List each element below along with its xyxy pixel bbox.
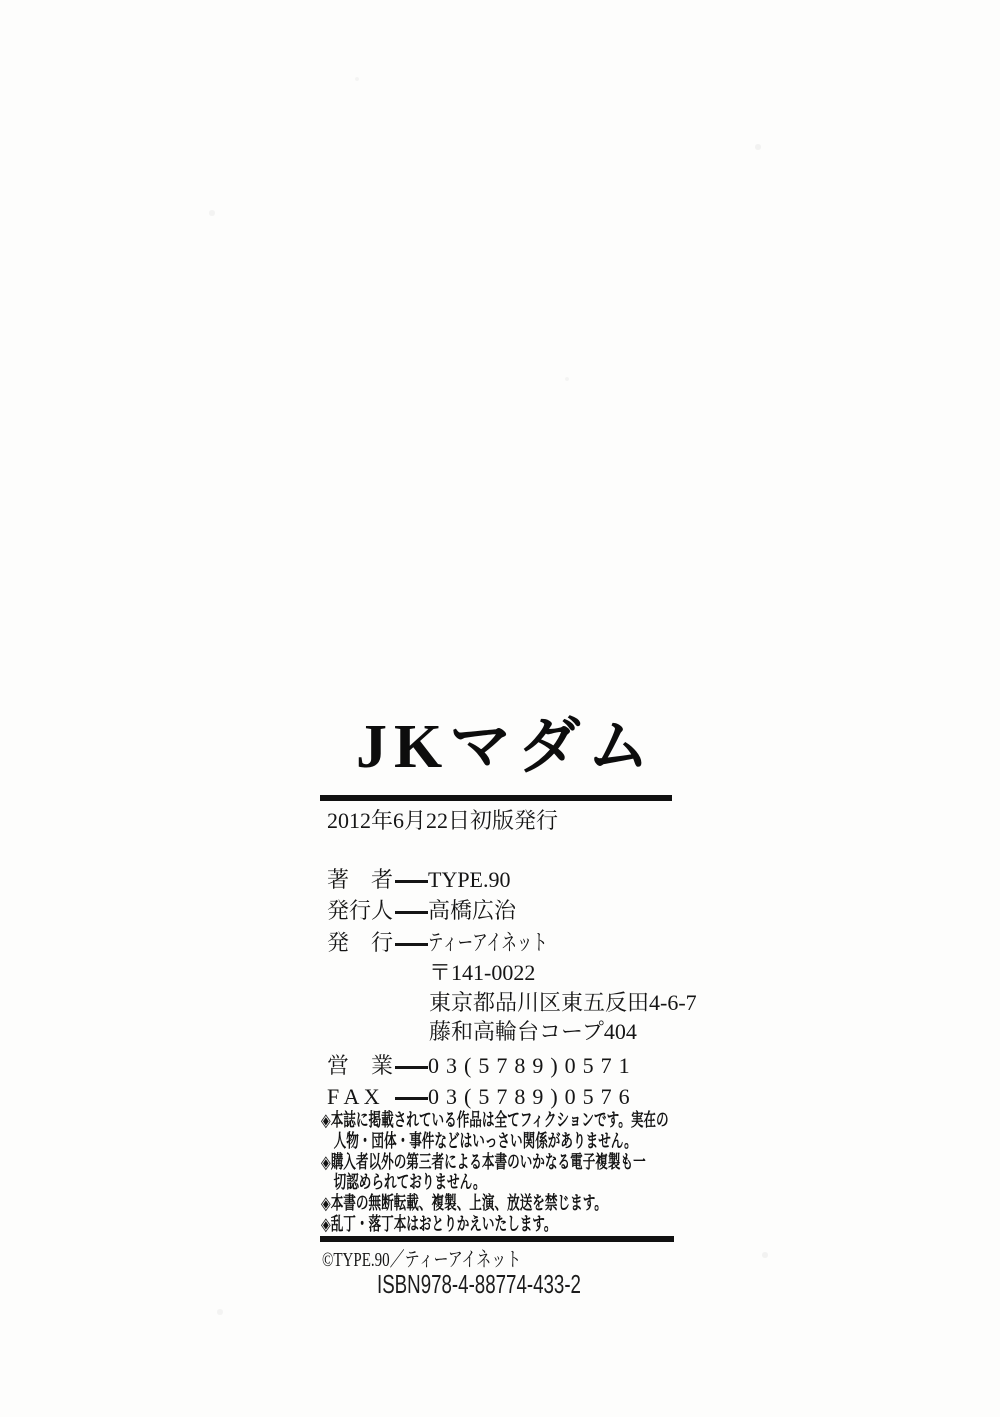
credit-row-author: 著 者 TYPE.90 xyxy=(327,868,511,892)
address-postal-code: 〒141-0022 xyxy=(429,961,535,985)
leader-line xyxy=(395,880,428,883)
credit-value: ティーアイネット xyxy=(428,931,548,955)
contact-label: F A X xyxy=(327,1085,395,1109)
address-building: 藤和高輪台コープ404 xyxy=(429,1020,637,1044)
contact-value: 03(5789)0576 xyxy=(428,1085,637,1109)
isbn-number: ISBN978-4-88774-433-2 xyxy=(377,1270,581,1298)
divider-bottom xyxy=(320,1236,674,1242)
credit-row-publisher-person: 発行人 高橋広治 xyxy=(327,899,516,923)
notice-line: ◈乱丁・落丁本はおとりかえいたします。 xyxy=(321,1214,669,1235)
credit-label: 著 者 xyxy=(327,868,395,892)
credit-value: 高橋広治 xyxy=(428,899,516,923)
credit-value: TYPE.90 xyxy=(428,868,511,892)
notice-line: ◈本誌に掲載されている作品は全てフィクションです。実在の xyxy=(321,1110,669,1131)
leader-line xyxy=(395,911,428,914)
credit-row-publisher-company: 発 行 ティーアイネット xyxy=(327,931,599,955)
contact-row-fax: F A X 03(5789)0576 xyxy=(327,1085,637,1109)
leader-line xyxy=(395,943,428,946)
credit-label: 発行人 xyxy=(327,899,395,923)
contact-value: 03(5789)0571 xyxy=(428,1054,637,1078)
address-street: 東京都品川区東五反田4-6-7 xyxy=(429,991,697,1015)
edition-date: 2012年6月22日初版発行 xyxy=(327,808,558,834)
colophon-page: JKマダム 2012年6月22日初版発行 著 者 TYPE.90 発行人 高橋広… xyxy=(0,0,1000,1417)
notice-line: ◈購入者以外の第三者による本書のいかなる電子複製も一 xyxy=(321,1152,669,1173)
notice-line: 人物・団体・事件などはいっさい関係がありません。 xyxy=(321,1131,669,1152)
notice-line: 切認められておりません。 xyxy=(321,1172,669,1193)
legal-notices: ◈本誌に掲載されている作品は全てフィクションです。実在の 人物・団体・事件などは… xyxy=(321,1110,818,1235)
contact-row-sales: 営 業 03(5789)0571 xyxy=(327,1054,637,1078)
leader-line xyxy=(395,1097,428,1100)
leader-line xyxy=(395,1066,428,1069)
scan-specks xyxy=(0,0,2,2)
notice-line: ◈本書の無断転載、複製、上演、放送を禁じます。 xyxy=(321,1193,669,1214)
book-title: JKマダム xyxy=(356,714,656,780)
divider-top xyxy=(320,795,672,801)
credit-label: 発 行 xyxy=(327,931,395,955)
contact-label: 営 業 xyxy=(327,1054,395,1078)
